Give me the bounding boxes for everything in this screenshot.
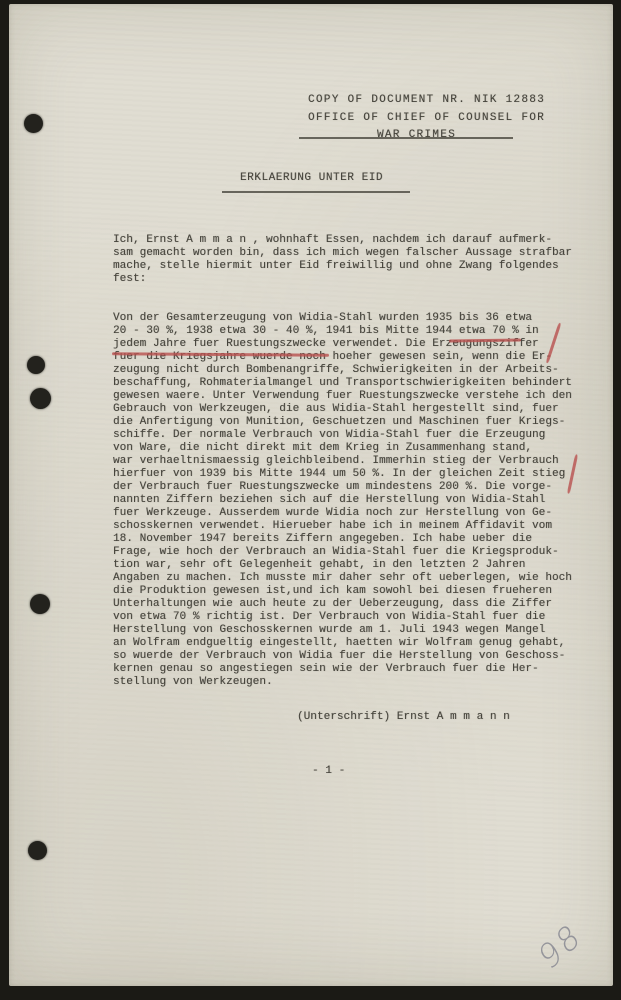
document-stamp-line-3: WAR CRIMES [377,127,456,144]
affidavit-body-paragraph: Von der Gesamterzeugung von Widia-Stahl … [113,312,572,689]
title-underline [222,191,410,193]
punch-hole [24,114,43,133]
punch-hole [27,356,45,374]
page-number: - 1 - [312,765,345,778]
affidavit-intro-paragraph: Ich, Ernst A m m a n , wohnhaft Essen, n… [113,234,572,286]
punch-hole [30,388,51,409]
document-stamp-line-1: COPY OF DOCUMENT NR. NIK 12883 [308,92,545,109]
document-title: ERKLAERUNG UNTER EID [240,172,383,185]
punch-hole [28,841,47,860]
punch-hole [30,594,50,614]
scanned-document: COPY OF DOCUMENT NR. NIK 12883 OFFICE OF… [0,0,621,1000]
document-stamp-line-2: OFFICE OF CHIEF OF COUNSEL FOR [308,110,545,127]
signature-line: (Unterschrift) Ernst A m m a n n [297,711,510,724]
stamp-underline [299,137,513,139]
